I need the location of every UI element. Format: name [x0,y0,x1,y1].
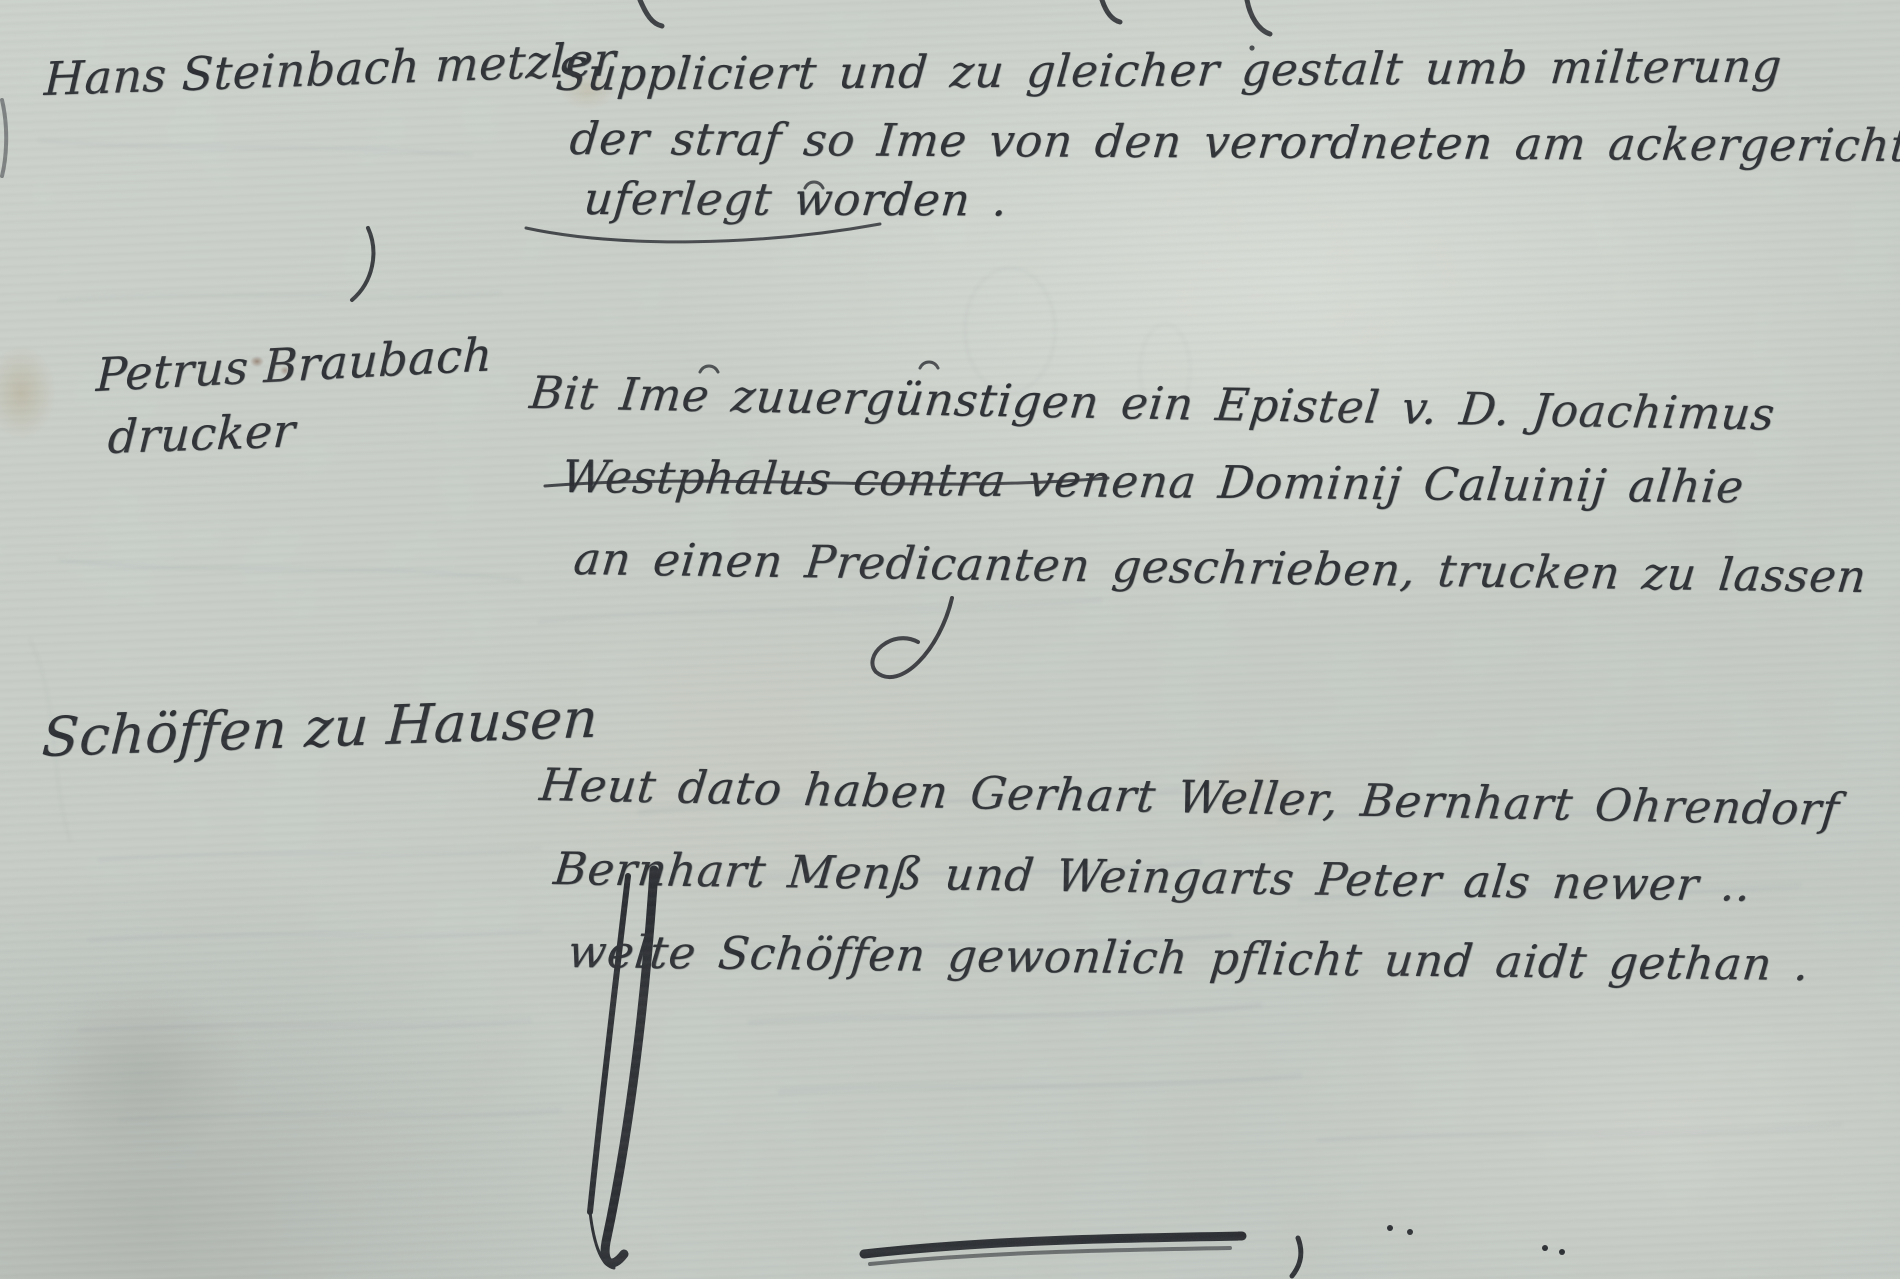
margin-occupation-drucker: drucker [107,403,297,464]
entry-body-line: an einen Predicanten geschrieben, trucke… [571,532,1869,603]
paper-stain [0,345,56,440]
entry-body-line: Suppliciert und zu gleicher gestalt umb … [554,39,1784,101]
entry-body-line: Bernhart Menß und Weingarts Peter als ne… [551,842,1754,912]
entry-body-line: uferlegt worden . [582,172,1011,226]
manuscript-photo: Hans Steinbach metzler Suppliciert und z… [0,0,1900,1279]
entry-body-line: der straf so Ime von den verordneten am … [568,112,1900,172]
entry-body-line: welte Schöffen gewonlich pflicht und aid… [565,925,1812,991]
margin-name-schoeffen-zu-hausen: Schöffen zu Hausen [40,687,599,770]
entry-body-line: Heut dato haben Gerhart Weller, Bernhart… [537,758,1842,836]
paper-stain [30,980,250,1160]
margin-name-hans-steinbach: Hans Steinbach metzler [43,32,617,106]
entry-body-line: Bit Ime zuuergünstigen ein Epistel v. D.… [527,366,1777,441]
entry-body-line: Westphalus contra venena Dominij Caluini… [559,450,1746,513]
margin-name-petrus-braubach: Petrus Braubach [95,327,493,402]
